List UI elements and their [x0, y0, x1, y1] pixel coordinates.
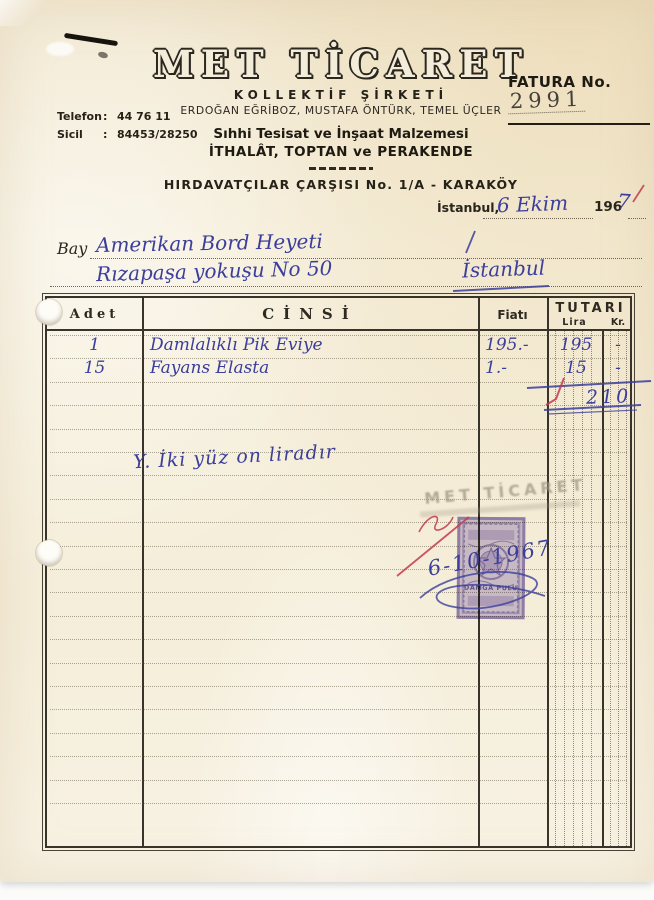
- invoice-paper: MET TİCARET KOLLEKTİF ŞİRKETİ ERDOĞAN EĞ…: [0, 0, 654, 882]
- fatura-number-block: FATURA No. 2991: [508, 72, 650, 125]
- fatura-number: 2991: [507, 87, 585, 115]
- row1-description: Damlalıklı Pik Eviye: [150, 335, 323, 355]
- column-line-tutari: [547, 298, 549, 846]
- pen-slash-customer-line: [466, 231, 475, 253]
- date-city-label: İstanbul,: [437, 200, 499, 215]
- header-lira: Lira: [547, 317, 602, 328]
- row2-qty: 15: [47, 358, 142, 378]
- row1-amount-lira: 195: [550, 335, 602, 355]
- punch-hole-top: [36, 299, 62, 325]
- header-divider: [309, 167, 373, 170]
- revenue-stamp-label: DAMGA PULU: [460, 584, 522, 593]
- paper-corner-highlight: [0, 0, 46, 26]
- handwritten-day-month: 6 Ekim: [497, 191, 569, 217]
- sicil-value: 84453/28250: [117, 128, 198, 141]
- row2-amount-lira: 15: [550, 358, 602, 378]
- punch-hole-bottom: [36, 540, 62, 566]
- row1-qty: 1: [47, 335, 142, 355]
- handwritten-customer-name: Amerikan Bord Heyeti: [96, 229, 323, 257]
- row2-description: Fayans Elasta: [150, 358, 269, 378]
- header-fiati: Fiatı: [478, 308, 547, 322]
- sicil-row: Sicil : 84453/28250: [57, 128, 198, 141]
- header-kr: Kr.: [602, 317, 634, 328]
- date-dotted-line-end: [628, 218, 646, 219]
- business-line-2: İTHALÂT, TOPTAN ve PERAKENDE: [40, 144, 642, 160]
- handwritten-customer-address: Rızapaşa yokuşu No 50: [96, 256, 333, 286]
- invoice-table: Adet CİNSİ Fiatı TUTARI Lira Kr. 1 Damla…: [45, 296, 632, 848]
- customer-line-2: [50, 286, 642, 287]
- telefon-value: 44 76 11: [117, 110, 171, 123]
- row1-amount-kr: -: [603, 335, 633, 355]
- handwritten-total: 210: [586, 385, 632, 409]
- column-line-kr: [602, 331, 604, 846]
- company-address: HIRDAVATÇILAR ÇARŞISI No. 1/A - KARAKÖY: [40, 177, 642, 192]
- telefon-label: Telefon: [57, 110, 103, 123]
- handwritten-year-digit: 7: [616, 190, 631, 215]
- contact-block: Telefon : 44 76 11 Sicil : 84453/28250: [57, 110, 198, 146]
- customer-line-1: [90, 258, 642, 259]
- header-tutari: TUTARI: [547, 301, 634, 316]
- column-line-adet: [142, 298, 144, 846]
- telefon-row: Telefon : 44 76 11: [57, 110, 198, 123]
- row2-amount-kr: -: [603, 358, 633, 378]
- header-cinsi: CİNSİ: [142, 305, 478, 323]
- handwritten-customer-city: İstanbul: [462, 256, 546, 283]
- row2-unit-price: 1.-: [485, 358, 507, 378]
- row1-unit-price: 195.-: [485, 335, 529, 355]
- customer-salutation-label: Bay: [57, 239, 87, 258]
- date-dotted-line: [483, 218, 593, 219]
- sicil-label: Sicil: [57, 128, 103, 141]
